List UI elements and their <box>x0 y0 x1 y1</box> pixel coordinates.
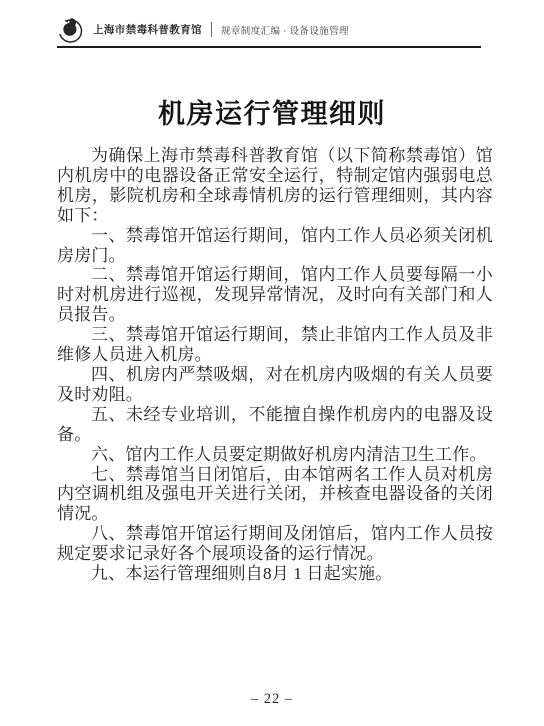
header-rule <box>57 46 481 48</box>
document-title: 机房运行管理细则 <box>0 92 544 131</box>
document-paragraph: 八、禁毒馆开馆运行期间及闭馆后，馆内工作人员按规定要求记录好各个展项设备的运行情… <box>57 524 493 564</box>
page-header: 上海市禁毒科普教育馆 规章制度汇编 · 设备设施管理 <box>57 13 481 48</box>
document-paragraph: 一、禁毒馆开馆运行期间，馆内工作人员必须关闭机房房门。 <box>57 226 493 266</box>
document-paragraph: 二、禁毒馆开馆运行期间，馆内工作人员要每隔一小时对机房进行巡视，发现异常情况，及… <box>57 265 493 325</box>
page-number: – 22 – <box>0 691 544 708</box>
header-divider <box>211 22 212 37</box>
document-paragraph: 四、机房内严禁吸烟，对在机房内吸烟的有关人员要及时劝阻。 <box>57 365 493 405</box>
dove-in-circle-icon <box>57 15 84 44</box>
document-paragraph: 九、本运行管理细则自8月 1 日起实施。 <box>57 564 493 584</box>
document-body: 为确保上海市禁毒科普教育馆（以下简称禁毒馆）馆内机房中的电器设备正常安全运行，特… <box>57 146 493 584</box>
document-paragraph: 为确保上海市禁毒科普教育馆（以下简称禁毒馆）馆内机房中的电器设备正常安全运行，特… <box>57 146 493 226</box>
document-paragraph: 六、馆内工作人员要定期做好机房内清洁卫生工作。 <box>57 445 493 465</box>
document-page: 上海市禁毒科普教育馆 规章制度汇编 · 设备设施管理 机房运行管理细则 为确保上… <box>0 0 544 726</box>
site-name: 上海市禁毒科普教育馆 <box>93 22 202 37</box>
document-paragraph: 七、禁毒馆当日闭馆后，由本馆两名工作人员对机房内空调机组及强电开关进行关闭，并核… <box>57 465 493 525</box>
document-paragraph: 三、禁毒馆开馆运行期间，禁止非馆内工作人员及非维修人员进入机房。 <box>57 325 493 365</box>
document-paragraph: 五、未经专业培训，不能擅自操作机房内的电器及设备。 <box>57 405 493 445</box>
section-title: 规章制度汇编 · 设备设施管理 <box>221 23 349 37</box>
